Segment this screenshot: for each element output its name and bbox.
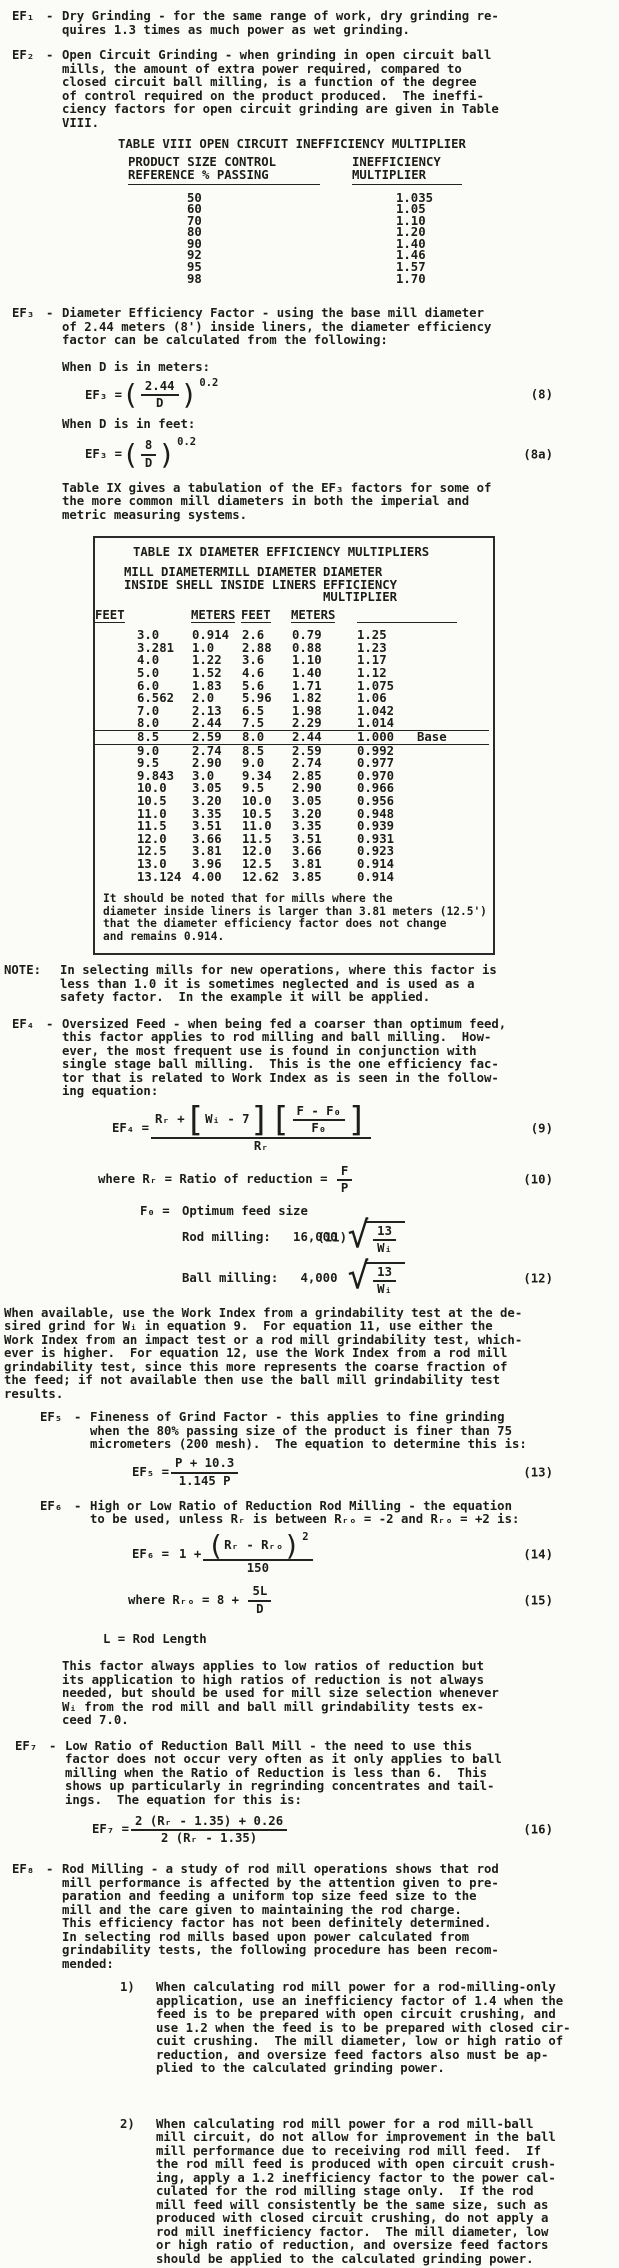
eq11-line1: Optimum feed size: [182, 1205, 405, 1219]
table-ix-row: 8.5 2.59 8.0 2.44 1.000 Base: [95, 730, 489, 745]
eq11-radicand: 13 Wᵢ: [366, 1221, 405, 1256]
shell-feet-cell: 8.5: [95, 731, 191, 744]
eq13-denominator: 1.145 P: [179, 1474, 231, 1489]
liners-meters-cell: 2.74: [291, 757, 343, 770]
eq16-lhs: EF₇ =: [92, 1823, 129, 1837]
item-1-text: When calculating rod mill power for a ro…: [156, 1981, 571, 2076]
eq9-main-fraction: Rᵣ + [ Wᵢ - 7 ] [ F - F₀ F₀ ] Rᵣ: [151, 1105, 371, 1154]
eq13-fraction: P + 10.3 1.145 P: [171, 1457, 238, 1488]
eq14-denominator: 150: [247, 1561, 269, 1576]
shell-feet-cell: 10.5: [95, 795, 191, 808]
item-2-text: When calculating rod mill power for a ro…: [156, 2118, 556, 2267]
liners-feet-cell: 12.62: [241, 871, 291, 884]
eq8a-numerator: 8: [141, 439, 156, 456]
table-ix-row: 6.562 2.0 5.96 1.82 1.06: [95, 692, 489, 705]
ef3-label: EF₃: [12, 307, 46, 321]
liners-meters-cell: 3.81: [291, 858, 343, 871]
equation-tag: (9): [531, 1122, 553, 1136]
eq8a-denominator: D: [145, 456, 152, 471]
shell-meters-cell: 4.00: [191, 871, 241, 884]
eq8-denominator: D: [156, 396, 163, 411]
multiplier-cell: 1.06: [343, 692, 413, 705]
multiplier-cell: 0.939: [343, 820, 413, 833]
section-ef7: EF₇ - Low Ratio of Reduction Ball Mill -…: [15, 1740, 611, 1808]
ef6-text: High or Low Ratio of Reduction Rod Milli…: [90, 1500, 611, 1527]
equation-8: EF₃ = ( 2.44 D ) 0.2 (8): [85, 377, 611, 413]
table-ix-shell-header: MILL DIAMETER INSIDE SHELL: [124, 566, 224, 592]
close-paren: ): [181, 383, 198, 407]
ef8-dash: -: [46, 1863, 62, 1877]
section-ef4: EF₄ - Oversized Feed - when being fed a …: [12, 1018, 611, 1099]
liners-meters-cell: 1.40: [291, 667, 343, 680]
table-ix-headers: MILL DIAMETER INSIDE SHELL MILL DIAMETER…: [95, 566, 493, 606]
eq9-wi-term: Wᵢ - 7: [205, 1113, 249, 1127]
ef6-dash: -: [74, 1500, 90, 1514]
shell-feet-cell: 5.0: [95, 667, 191, 680]
square-root: √ 13 Wᵢ: [347, 1262, 405, 1297]
equation-14: EF₆ = 1 + ( Rᵣ - Rᵣₒ ) 2 150 (14): [132, 1533, 611, 1577]
ef7-dash: -: [49, 1740, 65, 1754]
square-root: √ 13 Wᵢ: [347, 1221, 405, 1256]
ef8-item-2: 2) When calculating rod mill power for a…: [120, 2118, 611, 2267]
eq8a-fraction: 8 D: [141, 439, 156, 470]
table-viii-col1-header: PRODUCT SIZE CONTROL REFERENCE % PASSING: [128, 156, 320, 185]
base-tag-cell: [413, 845, 457, 858]
table-viii-rows: 50 1.035 60 1.05 70 1.10 80 1.20 90 1.40…: [118, 193, 611, 286]
eq10-numerator: F: [337, 1165, 352, 1182]
table-ix-row: 13.0 3.96 12.5 3.81 0.914: [95, 858, 489, 871]
shell-feet-cell: 6.562: [95, 692, 191, 705]
table-ix-row: 3.0 0.914 2.6 0.79 1.25: [95, 629, 489, 642]
equation-16: EF₇ = 2 (Rᵣ - 1.35) + 0.26 2 (Rᵣ - 1.35)…: [92, 1811, 611, 1849]
eq11-right-column: Optimum feed size Rod milling: 16,000 √ …: [182, 1205, 405, 1256]
eq8-lhs: EF₃ =: [85, 389, 122, 403]
table-ix-intro: Table IX gives a tabulation of the EF₃ f…: [62, 482, 611, 523]
table-viii-ref-cell: 98: [187, 274, 202, 286]
base-tag-cell: [413, 858, 457, 871]
eq10-fraction: F P: [337, 1165, 352, 1196]
multiplier-cell: 0.914: [343, 858, 413, 871]
ef8-label: EF₈: [12, 1863, 46, 1877]
note-text: In selecting mills for new operations, w…: [60, 964, 497, 1005]
table-viii-col2-header: INEFFICIENCY MULTIPLIER: [352, 156, 462, 185]
ef5-dash: -: [74, 1411, 90, 1425]
liners-meters-cell: 2.44: [291, 731, 343, 744]
table-ix-note: It should be noted that for mills where …: [103, 893, 487, 943]
eq15-where: where Rᵣₒ = 8 +: [128, 1594, 246, 1608]
liners-feet-cell: 11.0: [241, 820, 291, 833]
open-paren: (: [122, 383, 139, 407]
liners-feet-cell: 4.6: [241, 667, 291, 680]
eq8a-lhs: EF₃ =: [85, 448, 122, 462]
section-ef6: EF₆ - High or Low Ratio of Reduction Rod…: [40, 1500, 611, 1527]
base-tag-cell: [413, 820, 457, 833]
section-note: NOTE: In selecting mills for new operati…: [4, 964, 611, 1005]
equation-tag: (11): [317, 1231, 347, 1245]
shell-meters-cell: 1.52: [191, 667, 241, 680]
table-ix-subcol: METERS: [291, 609, 343, 624]
close-bracket: ]: [347, 1105, 367, 1135]
liners-feet-cell: 8.0: [241, 731, 291, 744]
ef7-text: Low Ratio of Reduction Ball Mill - the n…: [65, 1740, 611, 1808]
multiplier-cell: 0.914: [343, 871, 413, 884]
table-viii-mult-cell: 1.70: [396, 274, 426, 286]
table-ix-multiplier-underline: [357, 609, 457, 624]
equation-tag: (15): [523, 1594, 553, 1608]
when-available-paragraph: When available, use the Work Index from …: [4, 1307, 611, 1402]
eq9-denominator: Rᵣ: [254, 1139, 269, 1154]
ef3-meters-intro: When D is in meters:: [62, 361, 611, 375]
table-ix-rows: 3.0 0.914 2.6 0.79 1.25 3.281 1.0 2.88 0…: [95, 629, 493, 883]
eq12-radicand: 13 Wᵢ: [366, 1262, 405, 1297]
liners-meters-cell: 1.82: [291, 692, 343, 705]
equation-11: F₀ = Optimum feed size Rod milling: 16,0…: [140, 1205, 611, 1256]
ef4-text: Oversized Feed - when being fed a coarse…: [62, 1018, 611, 1099]
eq15-fraction: 5L D: [248, 1585, 271, 1616]
table-ix-row: 13.124 4.00 12.62 3.85 0.914: [95, 871, 489, 884]
ef2-text: Open Circuit Grinding - when grinding in…: [62, 49, 611, 130]
open-bracket: [: [270, 1105, 290, 1135]
shell-meters-cell: 0.914: [191, 629, 241, 642]
eq12-numerator: 13: [373, 1266, 396, 1283]
ef4-dash: -: [46, 1018, 62, 1032]
eq10-denominator: P: [341, 1181, 348, 1196]
shell-meters-cell: 3.20: [191, 795, 241, 808]
eq14-exponent: 2: [302, 1531, 308, 1545]
ef1-label: EF₁: [12, 10, 46, 24]
base-tag-cell: [413, 692, 457, 705]
eq14-numerator: ( Rᵣ - Rᵣₒ ) 2: [203, 1534, 312, 1561]
shell-feet-cell: 13.124: [95, 871, 191, 884]
eq9-inner-numerator: F - F₀: [293, 1105, 345, 1122]
base-tag-cell: [413, 654, 457, 667]
open-bracket: [: [185, 1105, 205, 1135]
table-ix-multiplier-header: DIAMETER EFFICIENCY MULTIPLIER: [323, 566, 443, 604]
shell-meters-cell: 2.90: [191, 757, 241, 770]
ef3-text: Diameter Efficiency Factor - using the b…: [62, 307, 611, 348]
table-ix: TABLE IX DIAMETER EFFICIENCY MULTIPLIERS…: [93, 536, 495, 955]
liners-feet-cell: 10.0: [241, 795, 291, 808]
liners-meters-cell: 3.05: [291, 795, 343, 808]
equation-15: where Rᵣₒ = 8 + 5L D (15): [128, 1583, 611, 1619]
ef5-text: Fineness of Grind Factor - this applies …: [90, 1411, 611, 1452]
base-tag-cell: [413, 808, 457, 821]
eq11-numerator: 13: [373, 1225, 396, 1242]
table-ix-subcol: METERS: [191, 609, 241, 624]
shell-feet-cell: 13.0: [95, 858, 191, 871]
eq16-numerator: 2 (Rᵣ - 1.35) + 0.26: [131, 1815, 287, 1832]
shell-feet-cell: 9.5: [95, 757, 191, 770]
table-ix-row: 9.5 2.90 9.0 2.74 0.977: [95, 757, 489, 770]
equation-tag: (12): [523, 1272, 553, 1286]
eq11-denominator: Wᵢ: [377, 1241, 392, 1256]
eq14-lhs: EF₆ =: [132, 1548, 169, 1562]
ef3-dash: -: [46, 307, 62, 321]
equation-tag: (13): [523, 1466, 553, 1480]
base-tag-cell: [413, 757, 457, 770]
eq15-numerator: 5L: [248, 1585, 271, 1602]
multiplier-cell: 0.956: [343, 795, 413, 808]
eq12-fraction: 13 Wᵢ: [373, 1266, 396, 1297]
base-tag-cell: [413, 745, 457, 758]
base-tag-cell: [413, 705, 457, 718]
table-viii: TABLE VIII OPEN CIRCUIT INEFFICIENCY MUL…: [118, 138, 611, 285]
shell-feet-cell: 11.5: [95, 820, 191, 833]
open-paren: (: [207, 1534, 224, 1558]
ef3-feet-intro: When D is in feet:: [62, 418, 611, 432]
shell-meters-cell: 3.96: [191, 858, 241, 871]
multiplier-cell: 1.25: [343, 629, 413, 642]
base-tag-cell: [413, 680, 457, 693]
table-ix-subheader-row: FEETMETERSFEETMETERS: [95, 609, 493, 624]
ef1-dash: -: [46, 10, 62, 24]
shell-feet-cell: 8.0: [95, 717, 191, 730]
section-ef2: EF₂ - Open Circuit Grinding - when grind…: [12, 49, 611, 130]
base-tag-cell: [413, 642, 457, 655]
eq14-fraction: ( Rᵣ - Rᵣₒ ) 2 150: [203, 1534, 312, 1576]
ef5-label: EF₅: [40, 1411, 74, 1425]
base-tag-cell: Base: [413, 731, 457, 744]
eq12-denominator: Wᵢ: [377, 1282, 392, 1297]
eq10-where: where Rᵣ = Ratio of reduction =: [98, 1173, 335, 1187]
item-2-number: 2): [120, 2118, 156, 2267]
eq9-numerator: Rᵣ + [ Wᵢ - 7 ] [ F - F₀ F₀ ]: [151, 1105, 371, 1139]
ef8-item-1: 1) When calculating rod mill power for a…: [120, 1981, 611, 2076]
section-ef8: EF₈ - Rod Milling - a study of rod mill …: [12, 1863, 611, 1971]
base-tag-cell: [413, 833, 457, 846]
close-bracket: ]: [250, 1105, 270, 1135]
eq14-one-plus: 1 +: [179, 1548, 201, 1562]
eq13-lhs: EF₅ =: [132, 1466, 169, 1480]
ef2-label: EF₂: [12, 49, 46, 63]
multiplier-cell: 1.12: [343, 667, 413, 680]
item-1-number: 1): [120, 1981, 156, 2076]
liners-feet-cell: 9.0: [241, 757, 291, 770]
ef1-text: Dry Grinding - for the same range of wor…: [62, 10, 611, 37]
base-tag-cell: [413, 629, 457, 642]
table-viii-title: TABLE VIII OPEN CIRCUIT INEFFICIENCY MUL…: [118, 138, 611, 152]
shell-meters-cell: 2.0: [191, 692, 241, 705]
ef8-text: Rod Milling - a study of rod mill operat…: [62, 1863, 611, 1971]
open-paren: (: [122, 443, 139, 467]
section-ef5: EF₅ - Fineness of Grind Factor - this ap…: [40, 1411, 611, 1452]
eq8-exponent: 0.2: [199, 377, 218, 391]
base-tag-cell: [413, 717, 457, 730]
equation-9: EF₄ = Rᵣ + [ Wᵢ - 7 ] [ F - F₀ F₀ ] Rᵣ (…: [112, 1105, 611, 1154]
equation-10: where Rᵣ = Ratio of reduction = F P (10): [98, 1163, 611, 1197]
eq9-lhs: EF₄ =: [112, 1122, 149, 1136]
eq11-rod-milling: Rod milling: 16,000: [182, 1231, 337, 1245]
base-tag-cell: [413, 782, 457, 795]
section-ef1: EF₁ - Dry Grinding - for the same range …: [12, 10, 611, 37]
eq11-line2: Rod milling: 16,000 √ 13 Wᵢ (11): [182, 1221, 405, 1256]
table-ix-row: 5.0 1.52 4.6 1.40 1.12: [95, 667, 489, 680]
base-tag-cell: [413, 795, 457, 808]
equation-tag: (8a): [523, 448, 553, 462]
equation-8a: EF₃ = ( 8 D ) 0.2 (8a): [85, 437, 611, 473]
table-ix-row: 10.5 3.20 10.0 3.05 0.956: [95, 795, 489, 808]
base-tag-cell: [413, 871, 457, 884]
shell-meters-cell: 3.51: [191, 820, 241, 833]
ef6-note-paragraph: This factor always applies to low ratios…: [62, 1660, 611, 1728]
eq9-num-pre: Rᵣ +: [155, 1113, 185, 1127]
section-ef3: EF₃ - Diameter Efficiency Factor - using…: [12, 307, 611, 348]
base-tag-cell: [413, 667, 457, 680]
shell-meters-cell: 2.59: [191, 731, 241, 744]
ef4-label: EF₄: [12, 1018, 46, 1032]
equation-tag: (8): [531, 389, 553, 403]
eq9-inner-denominator: F₀: [311, 1121, 326, 1136]
shell-meters-cell: 2.44: [191, 717, 241, 730]
equation-tag: (10): [523, 1173, 553, 1187]
eq11-fraction: 13 Wᵢ: [373, 1225, 396, 1256]
equation-tag: (14): [523, 1548, 553, 1562]
rod-length-definition: L = Rod Length: [103, 1633, 611, 1647]
close-paren: ): [283, 1534, 300, 1558]
liners-feet-cell: 12.5: [241, 858, 291, 871]
eq14-rr-term: Rᵣ - Rᵣₒ: [224, 1539, 283, 1553]
eq8-fraction: 2.44 D: [141, 380, 179, 411]
equation-12: Ball milling: 4,000 √ 13 Wᵢ (12): [182, 1262, 611, 1297]
eq8-numerator: 2.44: [141, 380, 179, 397]
liners-meters-cell: 2.29: [291, 717, 343, 730]
document-page: EF₁ - Dry Grinding - for the same range …: [0, 0, 619, 2266]
table-ix-title: TABLE IX DIAMETER EFFICIENCY MULTIPLIERS: [133, 546, 493, 560]
equation-tag: (16): [523, 1823, 553, 1837]
eq11-lhs: F₀ =: [140, 1205, 182, 1219]
note-label: NOTE:: [4, 964, 60, 1005]
eq16-denominator: 2 (Rᵣ - 1.35): [161, 1831, 257, 1846]
eq8a-exponent: 0.2: [177, 436, 196, 450]
multiplier-cell: 1.014: [343, 717, 413, 730]
ef7-label: EF₇: [15, 1740, 49, 1754]
close-paren: ): [158, 443, 175, 467]
table-ix-subcol: FEET: [95, 609, 191, 624]
table-ix-liners-header: MILL DIAMETER INSIDE LINERS: [220, 566, 324, 592]
table-ix-subcol: FEET: [241, 609, 291, 624]
eq13-numerator: P + 10.3: [171, 1457, 238, 1474]
table-viii-header: PRODUCT SIZE CONTROL REFERENCE % PASSING…: [118, 156, 611, 186]
base-tag-cell: [413, 770, 457, 783]
table-viii-row: 98 1.70: [118, 274, 611, 286]
ef2-dash: -: [46, 49, 62, 63]
liners-meters-cell: 3.85: [291, 871, 343, 884]
eq9-inner-fraction: F - F₀ F₀: [293, 1105, 345, 1136]
liners-feet-cell: 7.5: [241, 717, 291, 730]
shell-feet-cell: 3.0: [95, 629, 191, 642]
equation-13: EF₅ = P + 10.3 1.145 P (13): [132, 1456, 611, 1490]
eq12-ball-milling: Ball milling: 4,000: [182, 1272, 337, 1286]
eq16-fraction: 2 (Rᵣ - 1.35) + 0.26 2 (Rᵣ - 1.35): [131, 1815, 287, 1846]
liners-meters-cell: 3.35: [291, 820, 343, 833]
eq15-denominator: D: [256, 1602, 263, 1617]
multiplier-cell: 0.977: [343, 757, 413, 770]
ef6-label: EF₆: [40, 1500, 74, 1514]
liners-feet-cell: 5.96: [241, 692, 291, 705]
liners-meters-cell: 0.79: [291, 629, 343, 642]
table-ix-row: 11.5 3.51 11.0 3.35 0.939: [95, 820, 489, 833]
table-ix-row: 8.0 2.44 7.5 2.29 1.014: [95, 717, 489, 730]
liners-feet-cell: 2.6: [241, 629, 291, 642]
multiplier-cell: 1.000: [343, 731, 413, 744]
